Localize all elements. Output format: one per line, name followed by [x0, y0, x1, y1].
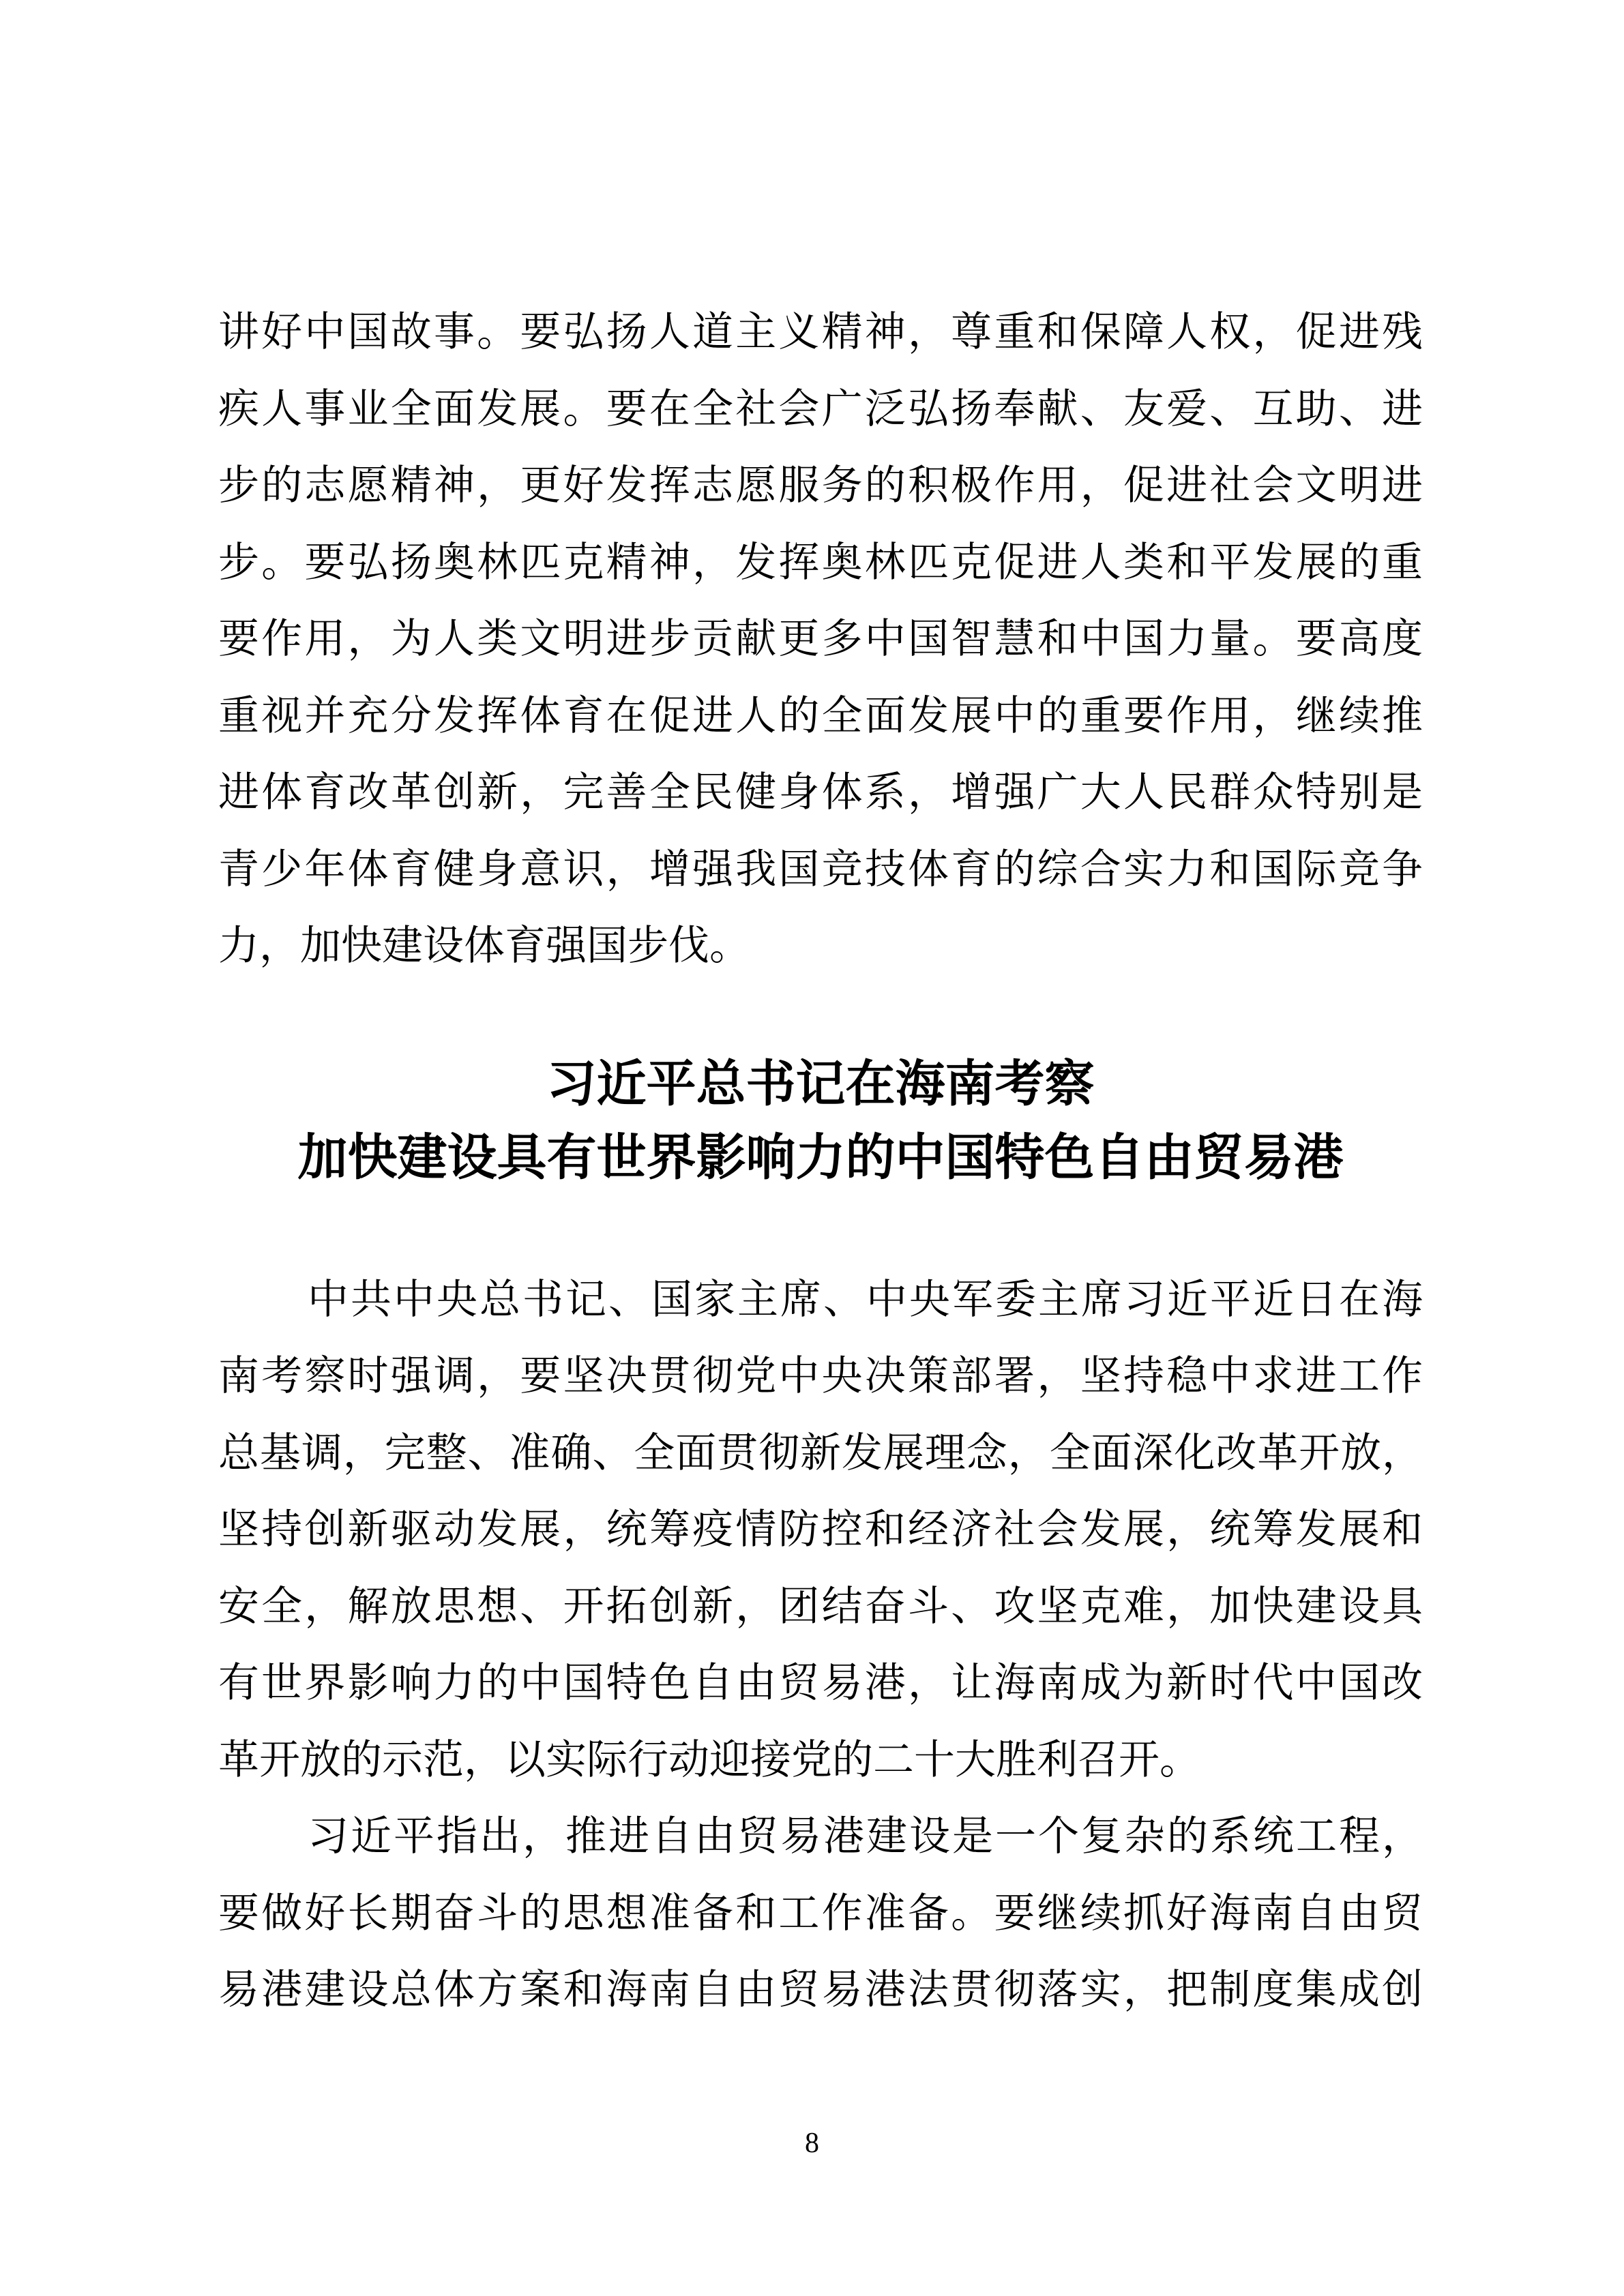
paragraph-3: 习近平指出，推进自由贸易港建设是一个复杂的系统工程， 要做好长期奋斗的思想准备和…: [218, 1798, 1423, 2029]
article-title-line-1: 习近平总书记在海南考察: [218, 1047, 1423, 1121]
article-title-line-2: 加快建设具有世界影响力的中国特色自由贸易港: [218, 1121, 1423, 1195]
body-line: 进体育改革创新，完善全民健身体系，增强广大人民群众特别是: [218, 754, 1423, 831]
body-line: 要作用，为人类文明进步贡献更多中国智慧和中国力量。要高度: [218, 601, 1423, 678]
article-title: 习近平总书记在海南考察 加快建设具有世界影响力的中国特色自由贸易港: [218, 1047, 1423, 1195]
body-line: 中共中央总书记、国家主席、中央军委主席习近平近日在海: [218, 1262, 1423, 1339]
body-line: 坚持创新驱动发展，统筹疫情防控和经济社会发展，统筹发展和: [218, 1491, 1423, 1568]
body-line: 讲好中国故事。要弘扬人道主义精神，尊重和保障人权，促进残: [218, 294, 1423, 371]
body-line: 重视并充分发挥体育在促进人的全面发展中的重要作用，继续推: [218, 678, 1423, 755]
body-line: 易港建设总体方案和海南自由贸易港法贯彻落实，把制度集成创: [218, 1952, 1423, 2029]
body-line: 南考察时强调，要坚决贯彻党中央决策部署，坚持稳中求进工作: [218, 1338, 1423, 1415]
body-line: 要做好长期奋斗的思想准备和工作准备。要继续抓好海南自由贸: [218, 1875, 1423, 1952]
body-line: 总基调，完整、准确、全面贯彻新发展理念，全面深化改革开放，: [218, 1415, 1423, 1492]
body-line: 有世界影响力的中国特色自由贸易港，让海南成为新时代中国改: [218, 1645, 1423, 1722]
paragraph-continuation: 讲好中国故事。要弘扬人道主义精神，尊重和保障人权，促进残 疾人事业全面发展。要在…: [218, 294, 1423, 985]
text-column: 讲好中国故事。要弘扬人道主义精神，尊重和保障人权，促进残 疾人事业全面发展。要在…: [218, 294, 1423, 2029]
document-page: 讲好中国故事。要弘扬人道主义精神，尊重和保障人权，促进残 疾人事业全面发展。要在…: [0, 0, 1624, 2296]
body-line: 疾人事业全面发展。要在全社会广泛弘扬奉献、友爱、互助、进: [218, 371, 1423, 448]
body-line: 步。要弘扬奥林匹克精神，发挥奥林匹克促进人类和平发展的重: [218, 524, 1423, 601]
paragraph-2: 中共中央总书记、国家主席、中央军委主席习近平近日在海 南考察时强调，要坚决贯彻党…: [218, 1262, 1423, 1799]
body-line: 青少年体育健身意识，增强我国竞技体育的综合实力和国际竞争: [218, 831, 1423, 908]
body-line: 力，加快建设体育强国步伐。: [218, 908, 1423, 985]
body-line: 革开放的示范，以实际行动迎接党的二十大胜利召开。: [218, 1722, 1423, 1799]
page-number: 8: [0, 2126, 1624, 2160]
body-line: 安全，解放思想、开拓创新，团结奋斗、攻坚克难，加快建设具: [218, 1568, 1423, 1645]
body-line: 步的志愿精神，更好发挥志愿服务的积极作用，促进社会文明进: [218, 447, 1423, 524]
body-line: 习近平指出，推进自由贸易港建设是一个复杂的系统工程，: [218, 1798, 1423, 1875]
